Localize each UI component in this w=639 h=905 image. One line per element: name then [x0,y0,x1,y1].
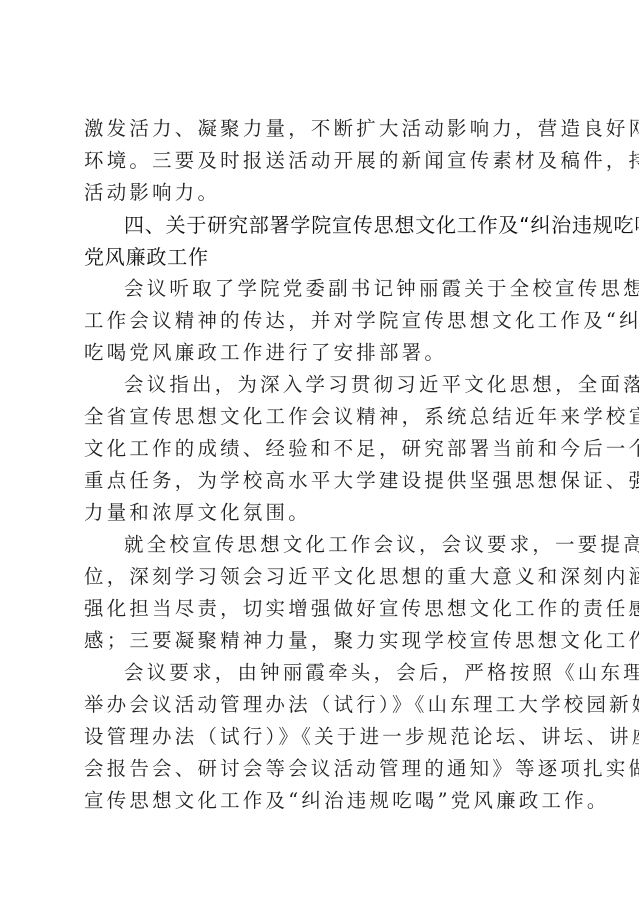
text-line: 宣传思想文化工作及“纠治违规吃喝”党风廉政工作。 [84,785,560,817]
paragraph-meeting-requirements: 就全校宣传思想文化工作会议，会议要求，一要提高政治站 位，深刻学习领会习近平文化… [84,529,560,657]
text-line: 会议要求，由钟丽霞牵头，会后，严格按照《山东理工大学 [84,657,560,689]
text-line: 会议指出，为深入学习贯彻习近平文化思想，全面落实全国、 [84,369,560,401]
paragraph-implementation: 会议要求，由钟丽霞牵头，会后，严格按照《山东理工大学 举办会议活动管理办法（试行… [84,657,560,817]
text-line: 环境。三要及时报送活动开展的新闻宣传素材及稿件，持续扩大 [84,145,560,177]
text-line: 吃喝党风廉政工作进行了安排部署。 [84,337,560,369]
document-page: 激发活力、凝聚力量，不断扩大活动影响力，营造良好网上舆论 环境。三要及时报送活动… [84,113,560,817]
text-line: 重点任务，为学校高水平大学建设提供坚强思想保证、强大精神 [84,465,560,497]
heading-line: 党风廉政工作 [84,241,560,273]
text-line: 感；三要凝聚精神力量，聚力实现学校宣传思想文化工作新突破。 [84,625,560,657]
text-line: 就全校宣传思想文化工作会议，会议要求，一要提高政治站 [84,529,560,561]
paragraph-meeting-pointed-out: 会议指出，为深入学习贯彻习近平文化思想，全面落实全国、 全省宣传思想文化工作会议… [84,369,560,529]
text-line: 文化工作的成绩、经验和不足，研究部署当前和今后一个时期的 [84,433,560,465]
text-line: 设管理办法（试行）》《关于进一步规范论坛、讲坛、讲座、年 [84,721,560,753]
text-line: 力量和浓厚文化氛围。 [84,497,560,529]
paragraph-meeting-heard: 会议听取了学院党委副书记钟丽霞关于全校宣传思想文化 工作会议精神的传达，并对学院… [84,273,560,369]
text-line: 活动影响力。 [84,177,560,209]
paragraph-continuation: 激发活力、凝聚力量，不断扩大活动影响力，营造良好网上舆论 环境。三要及时报送活动… [84,113,560,209]
text-line: 全省宣传思想文化工作会议精神，系统总结近年来学校宣传思想 [84,401,560,433]
heading-line: 四、关于研究部署学院宣传思想文化工作及“纠治违规吃喝” [84,209,560,241]
text-line: 会报告会、研讨会等会议活动管理的通知》等逐项扎实做好学院 [84,753,560,785]
text-line: 工作会议精神的传达，并对学院宣传思想文化工作及“纠治违规 [84,305,560,337]
text-line: 会议听取了学院党委副书记钟丽霞关于全校宣传思想文化 [84,273,560,305]
text-line: 位，深刻学习领会习近平文化思想的重大意义和深刻内涵；二要 [84,561,560,593]
text-line: 激发活力、凝聚力量，不断扩大活动影响力，营造良好网上舆论 [84,113,560,145]
text-line: 强化担当尽责，切实增强做好宣传思想文化工作的责任感和使命 [84,593,560,625]
section-heading: 四、关于研究部署学院宣传思想文化工作及“纠治违规吃喝” 党风廉政工作 [84,209,560,273]
text-line: 举办会议活动管理办法（试行）》《山东理工大学校园新媒体建 [84,689,560,721]
